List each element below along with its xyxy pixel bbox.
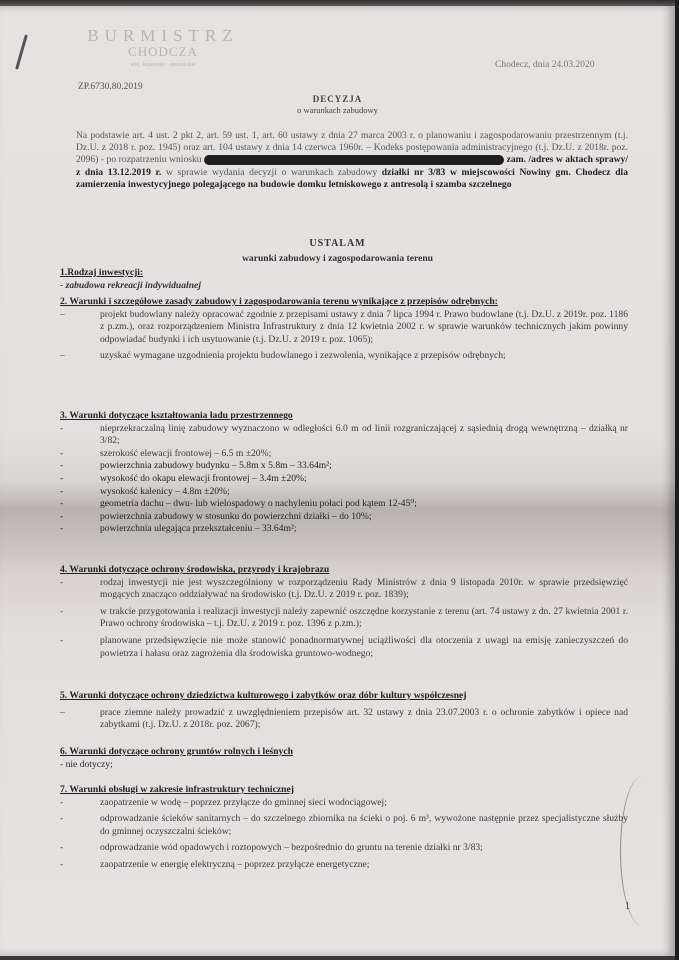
section-heading: 2. Warunki i szczegółowe zasady zabudowy… (60, 296, 628, 309)
section-item: -powierzchnia zabudowy budynku – 5.8m x … (60, 460, 628, 473)
date-line: Chodecz, dnia 24.03.2020 (495, 60, 594, 70)
section-item: -powierzchnia zabudowy w stosunku do pow… (60, 511, 628, 524)
section-item: -w trakcie przygotowania i realizacji in… (60, 606, 628, 631)
page-number: 1 (625, 901, 630, 912)
section-6: 6. Warunki dotyczące ochrony gruntów rol… (60, 746, 628, 771)
section-heading: 7. Warunki obsługi w zakresie infrastruk… (60, 784, 628, 797)
section-item: -planowane przedsięwzięcie nie może stan… (60, 635, 628, 660)
photo-right-edge (675, 0, 679, 960)
letterhead: BURMISTRZ CHODCZA woj. kujawsko - pomors… (78, 26, 248, 68)
section-item: -rodzaj inwestycji nie jest wyszczególni… (60, 577, 628, 602)
section-7: 7. Warunki obsługi w zakresie infrastruk… (60, 784, 628, 872)
intro-mid: w sprawie wydania decyzji o warunkach za… (166, 167, 377, 178)
section-item: -geometria dachu – dwu- lub wielospadowy… (60, 498, 628, 511)
section-item: -nieprzekraczalną linię zabudowy wyznacz… (60, 423, 628, 448)
letterhead-subtitle: CHODCZA (78, 44, 248, 60)
section-item: -odprowadzanie ścieków sanitarnych – do … (60, 813, 628, 838)
section-heading: 5. Warunki dotyczące ochrony dziedzictwa… (60, 690, 628, 703)
section-item: -zaopatrzenie w energię elektryczną – po… (60, 859, 628, 872)
ustalam-subheading: warunki zabudowy i zagospodarowania tere… (0, 253, 675, 264)
section-item: -wysokość kalenicy – 4.8m ±20%; (60, 486, 628, 499)
pen-mark (15, 34, 28, 69)
section-item: -wysokość do okapu elewacji frontowej – … (60, 473, 628, 486)
section-heading: 1.Rodzaj inwestycji: (60, 267, 628, 280)
section-heading: 4. Warunki dotyczące ochrony środowiska,… (60, 564, 628, 577)
section-item: -zaopatrzenie w wodę – poprzez przyłącze… (60, 797, 628, 810)
intro-date: 13.12.2019 r. (108, 167, 162, 178)
section-2: 2. Warunki i szczegółowe zasady zabudowy… (60, 296, 628, 363)
letterhead-small: woj. kujawsko - pomorskie (78, 62, 248, 68)
section-item: -odprowadzanie wód opadowych i roztopowy… (60, 842, 628, 855)
section-5: 5. Warunki dotyczące ochrony dziedzictwa… (60, 690, 628, 732)
intro-paragraph: Na podstawie art. 4 ust. 2 pkt 2, art. 5… (76, 130, 628, 191)
document-subtitle: o warunkach zabudowy (0, 105, 675, 115)
section-item: - nie dotyczy; (60, 759, 628, 772)
section-item: –projekt budowlany należy opracować zgod… (60, 309, 628, 347)
section-heading: 6. Warunki dotyczące ochrony gruntów rol… (60, 746, 628, 759)
section-item: - zabudowa rekreacji indywidualnej (60, 280, 628, 293)
section-1: 1.Rodzaj inwestycji: - zabudowa rekreacj… (60, 267, 628, 292)
redacted-name (204, 155, 504, 165)
section-4: 4. Warunki dotyczące ochrony środowiska,… (60, 564, 628, 660)
section-heading: 3. Warunki dotyczące kształtowania ładu … (60, 410, 628, 423)
letterhead-title: BURMISTRZ (78, 26, 248, 46)
section-item: –prace ziemne należy prowadzić z uwzględ… (60, 707, 628, 732)
section-3: 3. Warunki dotyczące kształtowania ładu … (60, 410, 628, 536)
section-item: -powierzchnia ulegająca przekształceniu … (60, 523, 628, 536)
document-title: DECYZJA (0, 94, 675, 104)
case-number: ZP.6730.80.2019 (78, 82, 143, 92)
document-page: BURMISTRZ CHODCZA woj. kujawsko - pomors… (0, 6, 675, 956)
section-item: -szerokość elewacji frontowej – 6.5 m ±2… (60, 448, 628, 461)
section-item: –uzyskać wymagane uzgodnienia projektu b… (60, 350, 628, 363)
ustalam-heading: USTALAM (0, 238, 675, 249)
